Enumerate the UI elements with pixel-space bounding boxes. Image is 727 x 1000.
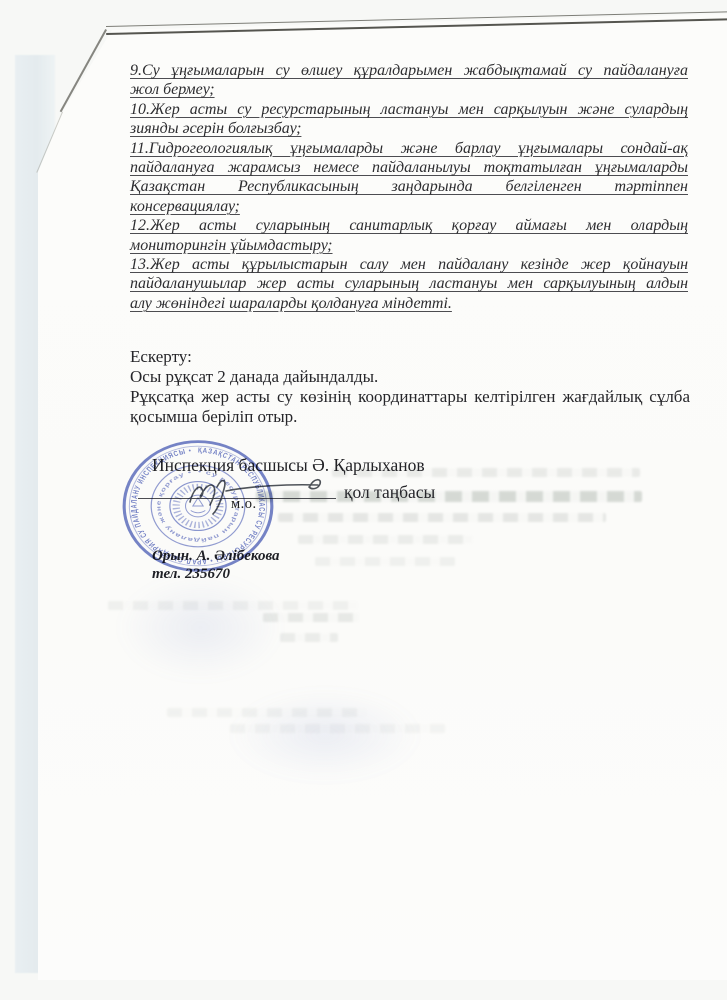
official-round-stamp: ҚАЗАҚСТАН РЕСПУБЛИКАСЫ СУ РЕСУРСТАРЫ • А… (120, 438, 276, 574)
condition-line: пайдаланушылар жер асты суларының ластан… (130, 274, 688, 293)
condition-line: 12.Жер асты суларының санитарлық қорғау … (130, 216, 688, 235)
note-lines: Осы рұқсат 2 данада дайындалды.Рұқсатқа … (130, 367, 690, 427)
condition-line: консервациялау; (130, 197, 688, 216)
condition-line: 10.Жер асты су ресурстарының ластануы ме… (130, 100, 688, 119)
ink-bleed-smudge (118, 575, 283, 680)
note-block: Ескерту: Осы рұқсат 2 данада дайындалды.… (130, 347, 690, 427)
note-title: Ескерту: (130, 347, 690, 367)
bleedthrough-text (280, 633, 338, 642)
condition-line: пайдалануға жарамсыз немесе пайдаланылуы… (130, 158, 688, 177)
note-line: Рұқсатқа жер асты су көзінің координатта… (130, 387, 690, 407)
bleedthrough-text (298, 535, 473, 544)
condition-line: 11.Гидрогеологиялық ұңғымаларды және бар… (130, 139, 688, 158)
note-line: Осы рұқсат 2 данада дайындалды. (130, 367, 690, 387)
ink-bleed-smudge (230, 690, 420, 780)
condition-line: алу жөніндегі шараларды қолдануға міндет… (130, 294, 688, 313)
condition-line: Қазақстан Республикасының заңдарында бел… (130, 177, 688, 196)
stamp-inner-text: • су ресурстарын пайдалану және қорғау • (156, 470, 240, 544)
condition-line: жол бермеу; (130, 80, 688, 99)
condition-line: мониторингін ұйымдастыру; (130, 236, 688, 255)
note-line: қосымша беріліп отыр. (130, 407, 690, 427)
signature-caption: қол таңбасы (344, 482, 435, 503)
svg-text:• су ресурстарын пайдалану жән: • су ресурстарын пайдалану және қорғау • (156, 470, 240, 544)
conditions-list: 9.Су ұңғымаларын су өлшеу құралдарымен ж… (130, 61, 688, 313)
bleedthrough-text (315, 557, 455, 566)
condition-line: зиянды әсерін болғызбау; (130, 119, 688, 138)
condition-line: 9.Су ұңғымаларын су өлшеу құралдарымен ж… (130, 61, 688, 80)
scanned-page: 9.Су ұңғымаларын су өлшеу құралдарымен ж… (0, 0, 727, 1000)
condition-line: 13.Жер асты құрылыстарын салу мен пайдал… (130, 255, 688, 274)
